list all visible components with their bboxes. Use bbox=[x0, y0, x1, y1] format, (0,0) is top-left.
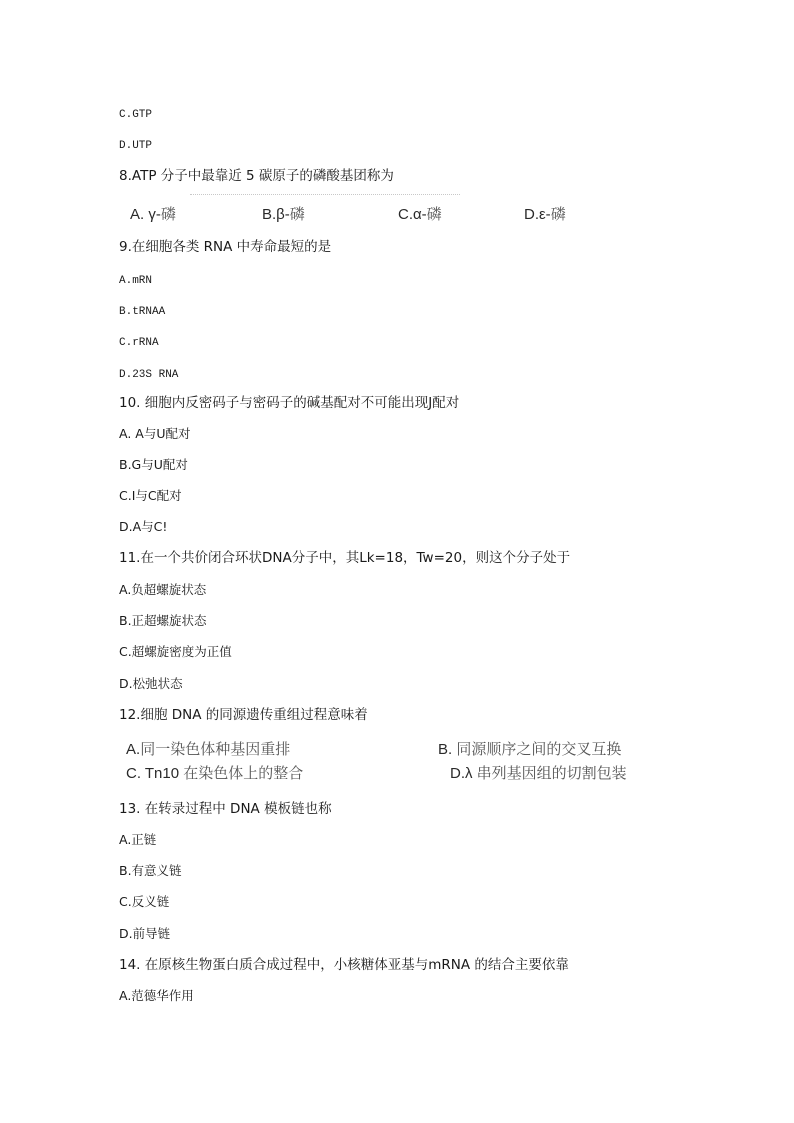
q12-option-b-label: B. bbox=[438, 741, 452, 758]
q7-option-c: C.GTP bbox=[119, 107, 152, 123]
q13-option-d: D.前导链 bbox=[119, 926, 170, 942]
q13-stem: 13. 在转录过程中 DNA 模板链也称 bbox=[119, 801, 332, 817]
q8-option-a: A. γ-磷 bbox=[130, 203, 176, 224]
q11-option-c: C.超螺旋密度为正值 bbox=[119, 644, 232, 660]
q12-option-a-text: 同一染色体种基因重排 bbox=[140, 741, 290, 758]
q12-option-d: D.λ 串列基因组的切割包装 bbox=[450, 762, 627, 783]
q12-stem: 12.细胞 DNA 的同源遗传重组过程意味着 bbox=[119, 707, 368, 723]
q14-stem: 14. 在原核生物蛋白质合成过程中，小核糖体亚基与mRNA 的结合主要依靠 bbox=[119, 957, 569, 973]
q11-option-a: A.负超螺旋状态 bbox=[119, 582, 206, 598]
q9-stem: 9.在细胞各类 RNA 中寿命最短的是 bbox=[119, 239, 331, 255]
q12-option-d-label: D.λ bbox=[450, 765, 473, 782]
q8-option-b: B.β-磷 bbox=[262, 203, 305, 224]
q12-option-c-text: 在染色体上的整合 bbox=[179, 765, 303, 782]
q8-option-a-text: 磷 bbox=[161, 206, 176, 223]
q8-option-d: D.ε-磷 bbox=[524, 203, 566, 224]
q12-option-d-text: 串列基因组的切割包装 bbox=[473, 765, 627, 782]
document-page: C.GTP D.UTP 8.ATP 分子中最靠近 5 碳原子的磷酸基团称为 A.… bbox=[0, 0, 794, 1123]
q13-option-c: C.反义链 bbox=[119, 894, 169, 910]
q9-option-d: D.23S RNA bbox=[119, 367, 178, 383]
q10-option-c: C.I与C配对 bbox=[119, 488, 182, 504]
q8-option-b-text: 磷 bbox=[290, 206, 305, 223]
scan-artifact bbox=[190, 194, 460, 196]
q14-option-a: A.范德华作用 bbox=[119, 988, 194, 1004]
q8-option-b-label: B.β- bbox=[262, 206, 290, 223]
q8-option-c-text: 磷 bbox=[427, 206, 442, 223]
q12-option-a: A.同一染色体种基因重排 bbox=[126, 738, 290, 759]
q12-option-b: B. 同源顺序之间的交叉互换 bbox=[438, 738, 621, 759]
q12-option-b-text: 同源顺序之间的交叉互换 bbox=[452, 741, 621, 758]
q12-option-c-label: C. Tn10 bbox=[126, 765, 179, 782]
q10-option-d: D.A与C! bbox=[119, 519, 167, 535]
q11-option-b: B.正超螺旋状态 bbox=[119, 613, 207, 629]
q13-option-a: A.正链 bbox=[119, 832, 156, 848]
q9-option-c: C.rRNA bbox=[119, 335, 159, 351]
q8-option-d-text: 磷 bbox=[551, 206, 566, 223]
q10-option-a: A. A与U配对 bbox=[119, 426, 190, 442]
q8-option-c-label: C.α- bbox=[398, 206, 427, 223]
q10-option-b: B.G与U配对 bbox=[119, 457, 188, 473]
q12-option-a-label: A. bbox=[126, 741, 140, 758]
q10-stem: 10. 细胞内反密码子与密码子的碱基配对不可能出现J配对 bbox=[119, 395, 459, 411]
q8-option-a-label: A. γ- bbox=[130, 206, 161, 223]
q11-stem: 11.在一个共价闭合环状DNA分子中，其Lk=18，Tw=20，则这个分子处于 bbox=[119, 550, 570, 566]
q9-option-a: A.mRN bbox=[119, 273, 152, 289]
q11-option-d: D.松弛状态 bbox=[119, 676, 183, 692]
q8-option-c: C.α-磷 bbox=[398, 203, 442, 224]
q7-option-d: D.UTP bbox=[119, 138, 152, 154]
q8-option-d-label: D.ε- bbox=[524, 206, 551, 223]
q9-option-b: B.tRNAA bbox=[119, 304, 165, 320]
q12-option-c: C. Tn10 在染色体上的整合 bbox=[126, 762, 303, 783]
q13-option-b: B.有意义链 bbox=[119, 863, 182, 879]
q8-stem: 8.ATP 分子中最靠近 5 碳原子的磷酸基团称为 bbox=[119, 168, 394, 184]
